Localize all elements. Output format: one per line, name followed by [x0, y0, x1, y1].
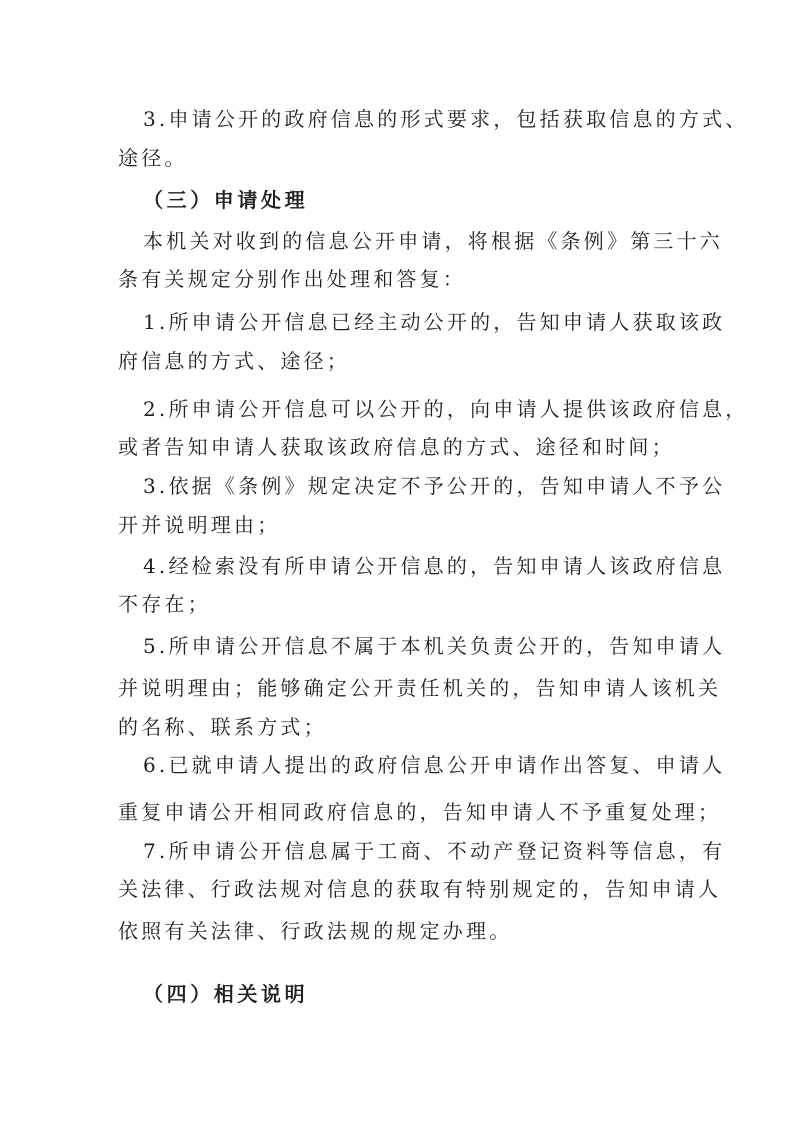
rule-7-line-3: 依照有关法律、行政法规的规定办理。: [118, 916, 698, 946]
rule-4-line-2: 不存在；: [118, 589, 698, 619]
rule-6-line-1: 6.已就申请人提出的政府信息公开申请作出答复、申请人: [143, 750, 723, 780]
rule-7-line-1: 7.所申请公开信息属于工商、不动产登记资料等信息，有: [143, 836, 723, 866]
rule-7-line-2: 关法律、行政法规对信息的获取有特别规定的，告知申请人: [118, 874, 698, 904]
processing-intro-line-2: 条有关规定分别作出处理和答复：: [118, 264, 698, 294]
rule-4-line-1: 4.经检索没有所申请公开信息的，告知申请人该政府信息: [143, 551, 723, 581]
rule-2-line-1: 2.所申请公开信息可以公开的，向申请人提供该政府信息，: [143, 394, 723, 424]
rule-1-line-1: 1.所申请公开信息已经主动公开的，告知申请人获取该政: [143, 307, 723, 337]
document-page: 3.申请公开的政府信息的形式要求，包括获取信息的方式、 途径。 （三）申请处理 …: [0, 0, 793, 1122]
rule-5-line-2: 并说明理由；能够确定公开责任机关的，告知申请人该机关: [118, 673, 698, 703]
rule-2-line-2: 或者告知申请人获取该政府信息的方式、途径和时间；: [118, 432, 698, 462]
rule-3-line-1: 3.依据《条例》规定决定不予公开的，告知申请人不予公: [143, 471, 723, 501]
rule-6-line-2: 重复申请公开相同政府信息的，告知申请人不予重复处理；: [118, 797, 698, 827]
rule-5-line-1: 5.所申请公开信息不属于本机关负责公开的，告知申请人: [143, 631, 723, 661]
section-heading-related-notes: （四）相关说明: [143, 979, 723, 1009]
rule-3-line-2: 开并说明理由；: [118, 510, 698, 540]
processing-intro-line-1: 本机关对收到的信息公开申请，将根据《条例》第三十六: [143, 226, 723, 256]
item-3-form-requirements-line-1: 3.申请公开的政府信息的形式要求，包括获取信息的方式、: [143, 104, 723, 134]
section-heading-application-processing: （三）申请处理: [143, 185, 723, 215]
rule-1-line-2: 府信息的方式、途径；: [118, 346, 698, 376]
item-3-form-requirements-line-2: 途径。: [118, 143, 698, 173]
rule-5-line-3: 的名称、联系方式；: [118, 712, 698, 742]
